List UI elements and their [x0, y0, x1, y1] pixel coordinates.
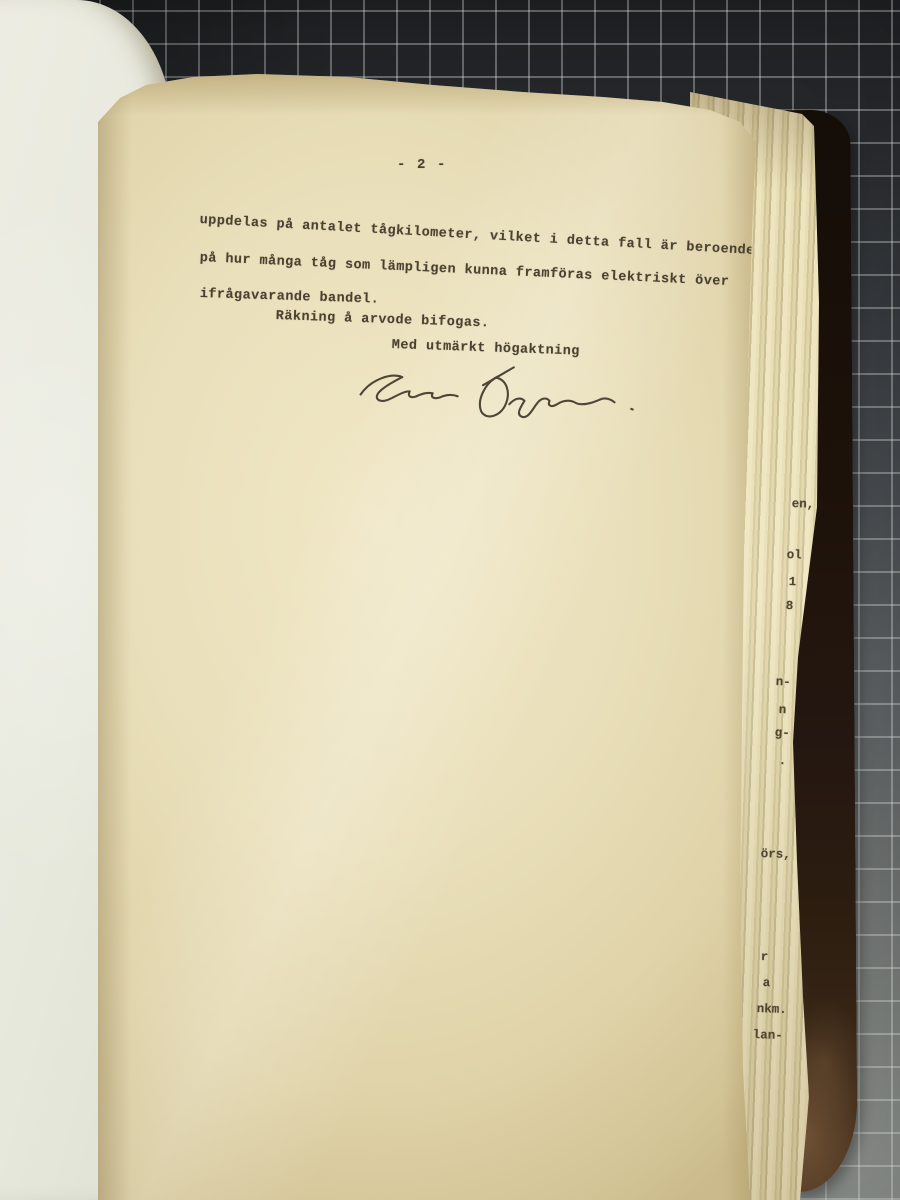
edge-text-fragment: örs, — [761, 848, 791, 862]
handwritten-signature — [345, 358, 647, 439]
body-line-1: uppdelas på antalet tågkilometer, vilket… — [199, 214, 755, 259]
edge-text-fragment: nkm. — [757, 1003, 787, 1017]
edge-text-fragment: lan- — [753, 1029, 783, 1043]
archive-photo: - 2 - uppdelas på antalet tågkilometer, … — [0, 0, 900, 1200]
edge-text-fragment: g- — [775, 727, 790, 740]
edge-text-fragment: en, — [792, 498, 815, 511]
edge-text-fragment: 1 — [789, 576, 797, 589]
salutation-line: Med utmärkt högaktning — [392, 339, 580, 359]
signature-stroke-icon — [345, 358, 647, 439]
edge-text-fragment: r — [761, 951, 769, 964]
edge-text-fragment: . — [779, 755, 787, 768]
document-page: - 2 - uppdelas på antalet tågkilometer, … — [98, 70, 762, 1200]
edge-text-fragment: ol — [787, 549, 802, 562]
edge-text-fragment: 8 — [786, 600, 794, 613]
body-line-3: ifrågavarande bandel. — [200, 288, 380, 307]
edge-text-fragment: a — [763, 977, 771, 990]
closing-line: Räkning å arvode bifogas. — [276, 310, 490, 331]
edge-text-fragment: n- — [776, 676, 791, 689]
edge-text-fragment: n — [779, 704, 787, 717]
body-line-2: på hur många tåg som lämpligen kunna fra… — [199, 252, 729, 290]
page-number: - 2 - — [397, 158, 447, 172]
